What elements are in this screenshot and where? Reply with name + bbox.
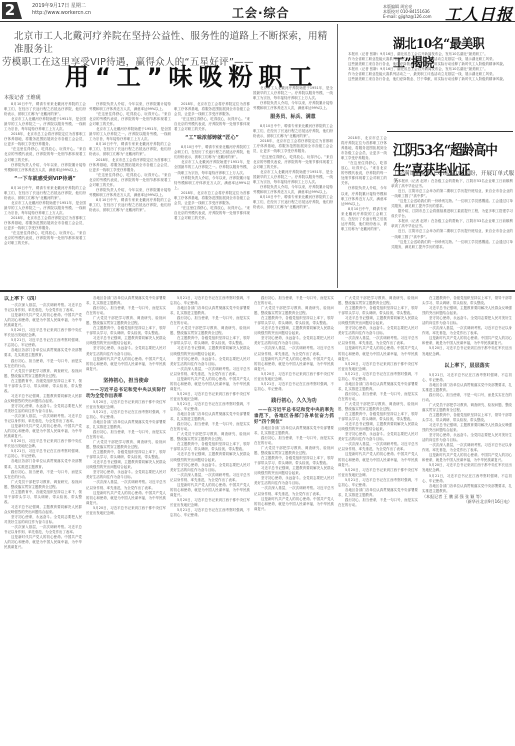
page-number: 2 bbox=[2, 2, 22, 19]
paper-logo: 工人日报 bbox=[445, 2, 513, 25]
paragraph: 疗养院负责人介绍，今年以来，疗养院累计接待劳模和职工疗休养近万人次，满意率达99… bbox=[89, 188, 171, 198]
paragraph: 习近平总书记强调，主题教育要同解决人民群众反映强烈的突出问题结合起来。 bbox=[86, 460, 166, 470]
paragraph: 5月20日，习近平总书记来到江西于都中央红军长征出发地纪念碑。 bbox=[86, 400, 166, 410]
paragraph: 近日，江阴市总工会举办的第二期职工学历提升班结业，来自全市各企业的一线职工圆了“… bbox=[391, 189, 513, 199]
paragraph: 各地区各部门各单位认真贯彻落实党中央部署要求，扎实推进主题教育。 bbox=[170, 306, 250, 316]
issue-date: 2019年9月17日 星期二 bbox=[32, 3, 91, 10]
paragraph: 习近平总书记强调，主题教育要同解决人民群众反映强烈的突出问题结合起来。 bbox=[4, 394, 82, 404]
paragraph: 8月10日中午，聘请专家来北戴河疗养院的工会职工们，在经历了长途行程之后抵达疗养… bbox=[89, 142, 171, 157]
paragraph: 习近平总书记强调，主题教育要同解决人民群众反映强烈的突出问题结合起来。 bbox=[254, 466, 334, 476]
paragraph: 8月10日中午，聘请专家来北戴河疗养院的工会职工们，在经历了长途行程之后抵达疗养… bbox=[341, 207, 387, 232]
paragraph: “在这里住得舒心，吃得放心，玩得开心。”来自北京的劳模代表说，疗养院的每一处细节… bbox=[174, 206, 250, 221]
paragraph: 北京市工人北戴河疗养院始建于1951年，是全国最早的工人疗养院之一。疗养院以服务… bbox=[4, 201, 86, 216]
subhead-dek: ——习近平总书记和党中央以实际行动为全党作出表率 bbox=[86, 388, 166, 400]
paragraph: “这是工会送给我们的一份珍贵礼物。”一位职工学员感慨道。工会通过订单式服务，满足… bbox=[391, 240, 513, 250]
lead-story-col-5: 2018年，北京市总工会将疗养院定位为首都职工疗休养基地，将服务范围拓展到全市各… bbox=[341, 136, 387, 288]
paragraph: “在这里住得舒心，吃得放心，玩得开心。”来自北京的劳模代表说，疗养院的每一处细节… bbox=[4, 147, 86, 162]
paragraph: 8月10日中午，聘请专家来北戴河疗养院的工会职工们，在经历了长途行程之后抵达疗养… bbox=[4, 102, 86, 117]
paragraph: 各地区各部门各单位认真贯彻落实党中央部署要求，扎实推进主题教育。 bbox=[4, 459, 82, 469]
story-divider bbox=[387, 131, 513, 132]
paragraph: 各地区各部门各单位认真贯彻落实党中央部署要求，扎实推进主题教育。 bbox=[86, 420, 166, 430]
paragraph: 广大党员干部把学习教育、调查研究、检视问题、整改落实贯穿主题教育全过程。 bbox=[4, 369, 82, 379]
paragraph: 这是新时代共产党人的初心使命。中国共产党人的初心和使命，就是为中国人民谋幸福，为… bbox=[4, 535, 82, 550]
paragraph: 践行初心、担当使命，不是一句口号，而是实实在在的行动。 bbox=[254, 296, 334, 306]
paragraph: 各地区各部门各单位认真贯彻落实党中央部署要求，扎实推进主题教育。 bbox=[4, 348, 82, 358]
paragraph: 这是新时代共产党人的初心使命。中国共产党人的初心和使命，就是为中国人民谋幸福，为… bbox=[338, 452, 418, 467]
editor-info: 本版编辑 周宏亮 本版校对 010-84151636 E-mail: gjigh… bbox=[383, 4, 432, 19]
lead-story-col-2: 疗养院负责人介绍，今年以来，疗养院累计接待劳模和职工疗休养近万人次，满意率达99… bbox=[89, 102, 171, 288]
paragraph: 5月21日，习近平总书记在江西考察时强调，不忘初心、牢记使命。 bbox=[338, 478, 418, 488]
paragraph: 近日，江阴市总工会举办的第二期职工学历提升班结业，来自全市各企业的一线职工圆了“… bbox=[391, 229, 513, 239]
paragraph: 坚守初心使命，永远奋斗。全党同志要把人民对美好生活的向往作为奋斗目标。 bbox=[86, 346, 166, 356]
paragraph: 在主题教育中，各级党组织坚持以上率下，领导干部带头学习、带头调研、带头检视、带头… bbox=[4, 490, 82, 505]
paragraph: 习近平总书记强调，主题教育要同解决人民群众反映强烈的突出问题结合起来。 bbox=[86, 336, 166, 346]
paragraph: 5月21日，习近平总书记在江西考察时强调，不忘初心、牢记使命。 bbox=[422, 373, 512, 383]
paragraph: 5月20日，习近平总书记来到江西于都中央红军长征出发地纪念碑。 bbox=[422, 346, 512, 356]
paragraph: 5月20日，习近平总书记来到江西于都中央红军长征出发地纪念碑。 bbox=[338, 362, 418, 372]
paragraph: 5月21日，习近平总书记在江西考察时强调，不忘初心、牢记使命。 bbox=[422, 474, 512, 484]
paragraph: 在主题教育中，各级党组织坚持以上率下，领导干部带头学习、带头调研、带头检视、带头… bbox=[170, 336, 250, 346]
subhead: 坚持初心，担当使命 bbox=[86, 378, 166, 385]
date-info: 2019年9月17日 星期二 http://www.workercn.cn bbox=[32, 3, 91, 17]
paragraph: 践行初心、担当使命，不是一句口号，而是实实在在的行动。 bbox=[338, 392, 418, 402]
paragraph: 疗养院负责人介绍，今年以来，疗养院累计接待劳模和职工疗休养近万人次，满意率达99… bbox=[253, 185, 333, 195]
column-divider bbox=[337, 24, 338, 288]
paragraph: 5月21日，习近平总书记在江西考察时强调，不忘初心、牢记使命。 bbox=[170, 402, 250, 412]
paragraph: 5月20日，习近平总书记来到江西于都中央红军长征出发地纪念碑。 bbox=[254, 372, 334, 382]
paragraph: 各地区各部门各单位认真贯彻落实党中央部署要求，扎实推进主题教育。 bbox=[338, 382, 418, 392]
paragraph: 践行初心、担当使命，不是一句口号，而是实实在在的行动。 bbox=[4, 470, 82, 480]
paragraph: 2018年，北京市总工会将疗养院定位为首都职工疗休养基地，将服务范围拓展到全市各… bbox=[4, 216, 86, 231]
editor-line: E-mail: gjighz@126.com bbox=[383, 14, 432, 19]
paragraph: 践行初心、担当使命，不是一句口号，而是实实在在的行动。 bbox=[254, 436, 334, 446]
lower-story-col-1: 以上率下（四） 一次次深入基层，一次次调研考察。习近平总书记以身作则、率先垂范，… bbox=[4, 296, 82, 744]
paragraph: 广大党员干部把学习教育、调查研究、检视问题、整改落实贯穿主题教育全过程。 bbox=[254, 446, 334, 456]
paragraph: 8月10日中午，聘请专家来北戴河疗养院的工会职工们，在经历了长途行程之后抵达疗养… bbox=[174, 145, 250, 160]
paragraph: 一次次深入基层，一次次调研考察。习近平总书记以身作则、率先垂范，为全党作出了表率… bbox=[254, 486, 334, 496]
paragraph: 践行初心、担当使命，不是一句口号，而是实实在在的行动。 bbox=[4, 359, 82, 369]
paragraph: 疗养院负责人介绍，今年以来，疗养院累计接待劳模和职工疗休养近万人次，满意率达99… bbox=[89, 102, 171, 112]
lower-intro: 以上率下（四） bbox=[4, 296, 82, 303]
side-story2-body: 本报讯（记者 赵昂）在各级工会的帮助下，江阴市53名企业职工日前顺利拿到了高中毕… bbox=[391, 179, 513, 289]
paragraph: 5月20日，习近平总书记来到江西于都中央红军长征出发地纪念碑。 bbox=[86, 506, 166, 516]
paragraph: 5月21日，习近平总书记在江西考察时强调，不忘初心、牢记使命。 bbox=[338, 372, 418, 382]
paragraph: 坚守初心使命，永远奋斗。全党同志要把人民对美好生活的向往作为奋斗目标。 bbox=[254, 336, 334, 346]
lower-story-col-3: 5月21日，习近平总书记在江西考察时强调，不忘初心、牢记使命。 各地区各部门各单… bbox=[170, 296, 250, 744]
paragraph: 一次次深入基层，一次次调研考察。习近平总书记以身作则、率先垂范，为全党作出了表率… bbox=[86, 480, 166, 490]
paragraph: 广大党员干部把学习教育、调查研究、检视问题、整改落实贯穿主题教育全过程。 bbox=[86, 440, 166, 450]
paragraph: 一次次深入基层，一次次调研考察。习近平总书记以身作则、率先垂范，为全党作出了表率… bbox=[338, 442, 418, 452]
paragraph: 在主题教育中，各级党组织坚持以上率下，领导干部带头学习、带头调研、带头检视、带头… bbox=[422, 296, 512, 306]
paragraph: 2018年，北京市总工会将疗养院定位为首都职工疗休养基地，将服务范围拓展到全市各… bbox=[174, 102, 250, 117]
subhead-dek: ——在习近平总书记和党中央的率先垂范下，各地区各部门各单位奋力抓好“四个到位” bbox=[254, 408, 334, 426]
paragraph: 一次次深入基层，一次次调研考察。习近平总书记以身作则、率先垂范，为全党作出了表率… bbox=[170, 473, 250, 483]
paragraph: 一次次深入基层，一次次调研考察。习近平总书记以身作则、率先垂范，为全党作出了表率… bbox=[4, 414, 82, 424]
lower-story-col-6: 在主题教育中，各级党组织坚持以上率下，领导干部带头学习、带头调研、带头检视、带头… bbox=[422, 296, 512, 744]
paragraph: 一次次深入基层，一次次调研考察。习近平总书记以身作则、率先垂范，为全党作出了表率… bbox=[254, 346, 334, 356]
paragraph: 5月20日，习近平总书记来到江西于都中央红军长征出发地纪念碑。 bbox=[4, 439, 82, 449]
section-title: 工会·综合 bbox=[232, 4, 290, 21]
paragraph: 习近平总书记强调，主题教育要同解决人民群众反映强烈的突出问题结合起来。 bbox=[254, 326, 334, 336]
subhead: 服务员、标兵、满意 bbox=[253, 114, 333, 121]
paragraph: 广大党员干部把学习教育、调查研究、检视问题、整改落实贯穿主题教育全过程。 bbox=[86, 316, 166, 326]
paragraph: 这是新时代共产党人的初心使命。中国共产党人的初心和使命，就是为中国人民谋幸福，为… bbox=[86, 357, 166, 372]
paragraph: 广大党员干部把学习教育、调查研究、检视问题、整改落实贯穿主题教育全过程。 bbox=[422, 403, 512, 413]
website-url: http://www.workercn.cn bbox=[32, 10, 91, 17]
paragraph: 在主题教育中，各级党组织坚持以上率下，领导干部带头学习、带头调研、带头检视、带头… bbox=[86, 450, 166, 460]
paragraph: 一次次深入基层，一次次调研考察。习近平总书记以身作则、率先垂范，为全党作出了表率… bbox=[338, 336, 418, 346]
paragraph: 坚守初心使命，永远奋斗。全党同志要把人民对美好生活的向往作为奋斗目标。 bbox=[4, 515, 82, 525]
paragraph: 广大党员干部把学习教育、调查研究、检视问题、整改落实贯穿主题教育全过程。 bbox=[170, 432, 250, 442]
paragraph: 疗养院负责人介绍，今年以来，疗养院累计接待劳模和职工疗休养近万人次，满意率达99… bbox=[253, 101, 333, 111]
paragraph: “在这里住得舒心，吃得放心，玩得开心。”来自北京的劳模代表说，疗养院的每一处细节… bbox=[253, 155, 333, 170]
paragraph: 这是新时代共产党人的初心使命。中国共产党人的初心和使命，就是为中国人民谋幸福，为… bbox=[254, 357, 334, 372]
paragraph: 各地区各部门各单位认真贯彻落实党中央部署要求，扎实推进主题教育。 bbox=[338, 488, 418, 498]
lower-story-col-2: 各地区各部门各单位认真贯彻落实党中央部署要求，扎实推进主题教育。 践行初心、担当… bbox=[86, 296, 166, 744]
paragraph: 在主题教育中，各级党组织坚持以上率下，领导干部带头学习、带头调研、带头检视、带头… bbox=[254, 316, 334, 326]
paragraph: 2018年，北京市总工会将疗养院定位为首都职工疗休养基地，将服务范围拓展到全市各… bbox=[341, 136, 387, 161]
kicker-line: 北京市工人北戴河疗养院在坚持公益性、服务性的道路上不断探索，用精准服务让 bbox=[14, 31, 328, 55]
lower-story-col-5: 广大党员干部把学习教育、调查研究、检视问题、整改落实贯穿主题教育全过程。 在主题… bbox=[338, 296, 418, 744]
paragraph: 这是新时代共产党人的初心使命。中国共产党人的初心和使命，就是为中国人民谋幸福，为… bbox=[422, 453, 512, 463]
paragraph: 这是新时代共产党人的初心使命。中国共产党人的初心和使命，就是为中国人民谋幸福，为… bbox=[254, 497, 334, 512]
paragraph: 习近平总书记强调，主题教育要同解决人民群众反映强烈的突出问题结合起来。 bbox=[422, 306, 512, 316]
paragraph: 坚守初心使命，永远奋斗。全党同志要把人民对美好生活的向往作为奋斗目标。 bbox=[338, 432, 418, 442]
paragraph: 5月21日，习近平总书记在江西考察时强调，不忘初心、牢记使命。 bbox=[254, 382, 334, 392]
paragraph: 5月20日，习近平总书记来到江西于都中央红军长征出发地纪念碑。 bbox=[338, 468, 418, 478]
paragraph: 习近平总书记强调，主题教育要同解决人民群众反映强烈的突出问题结合起来。 bbox=[338, 422, 418, 432]
paragraph: 在主题教育中，各级党组织坚持以上率下，领导干部带头学习、带头调研、带头检视、带头… bbox=[338, 412, 418, 422]
paragraph: 坚守初心使命，永远奋斗。全党同志要把人民对美好生活的向往作为奋斗目标。 bbox=[170, 357, 250, 367]
paragraph: 在主题教育中，各级党组织坚持以上率下，领导干部带头学习、带头调研、带头检视、带头… bbox=[86, 326, 166, 336]
paragraph: 一次次深入基层，一次次调研考察。习近平总书记以身作则、率先垂范，为全党作出了表率… bbox=[422, 326, 512, 336]
paragraph: 本报讯（记者 赵昂）在各级工会的帮助下，江阴市53名企业职工日前顺利拿到了高中毕… bbox=[391, 219, 513, 229]
paragraph: 5月20日，习近平总书记来到江西于都中央红军长征出发地纪念碑。 bbox=[170, 392, 250, 402]
paragraph: 北京市工人北戴河疗养院始建于1951年，是全国最早的工人疗养院之一。疗养院以服务… bbox=[253, 86, 333, 101]
subhead: “工”味浓郁铸就“匠心” bbox=[174, 135, 250, 142]
paragraph: 北京市工人北戴河疗养院始建于1951年，是全国最早的工人疗养院之一。疗养院以服务… bbox=[4, 117, 86, 132]
paragraph: 坚守初心使命，永远奋斗。全党同志要把人民对美好生活的向往作为奋斗目标。 bbox=[86, 470, 166, 480]
paragraph: 习近平总书记强调，主题教育要同解决人民群众反映强烈的突出问题结合起来。 bbox=[170, 452, 250, 462]
paragraph: 这是新时代共产党人的初心使命。中国共产党人的初心和使命，就是为中国人民谋幸福，为… bbox=[170, 377, 250, 392]
lead-story-col-4: 北京市工人北戴河疗养院始建于1951年，是全国最早的工人疗养院之一。疗养院以服务… bbox=[253, 86, 333, 288]
paragraph: 各地区各部门各单位认真贯彻落实党中央部署要求，扎实推进主题教育。 bbox=[422, 383, 512, 393]
paragraph: 各地区各部门各单位认真贯彻落实党中央部署要求，扎实推进主题教育。 bbox=[86, 296, 166, 306]
paragraph: 8月10日中午，聘请专家来北戴河疗养院的工会职工们，在经历了长途行程之后抵达疗养… bbox=[4, 186, 86, 201]
paragraph: 疗养院负责人介绍，今年以来，疗养院累计接待劳模和职工疗休养近万人次，满意率达99… bbox=[341, 186, 387, 206]
paragraph: 践行初心、担当使命，不是一句口号，而是实实在在的行动。 bbox=[86, 430, 166, 440]
paragraph: 这是新时代共产党人的初心使命。中国共产党人的初心和使命，就是为中国人民谋幸福，为… bbox=[170, 483, 250, 498]
paragraph: 广大党员干部把学习教育、调查研究、检视问题、整改落实贯穿主题教育全过程。 bbox=[4, 480, 82, 490]
masthead: 2 2019年9月17日 星期二 http://www.workercn.cn … bbox=[0, 0, 515, 22]
paragraph: 在主题教育中，各级党组织坚持以上率下，领导干部带头学习、带头调研、带头检视、带头… bbox=[4, 379, 82, 394]
section-divider bbox=[0, 290, 515, 292]
paragraph: 疗养院负责人介绍，今年以来，疗养院累计接待劳模和职工疗休养近万人次，满意率达99… bbox=[4, 163, 86, 173]
paragraph: 北京市工人北戴河疗养院始建于1951年，是全国最早的工人疗养院之一。疗养院以服务… bbox=[89, 127, 171, 142]
subhead: “一下车就感受到VIP待遇” bbox=[4, 176, 86, 183]
paragraph: “在这里住得舒心，吃得放心，玩得开心。”来自北京的劳模代表说，疗养院的每一处细节… bbox=[89, 173, 171, 188]
paragraph: 8月10日中午，聘请专家来北戴河疗养院的工会职工们，在经历了长途行程之后抵达疗养… bbox=[253, 195, 333, 210]
paragraph: 北京市工人北戴河疗养院始建于1951年，是全国最早的工人疗养院之一。疗养院以服务… bbox=[253, 170, 333, 185]
paragraph: “在这里住得舒心，吃得放心，玩得开心。”来自北京的劳模代表说，疗养院的每一处细节… bbox=[89, 112, 171, 127]
paragraph: 据介绍，江阴市总工会将继续推进职工素质提升工程，为更多职工搭建学习成长平台。 bbox=[391, 209, 513, 219]
paragraph: 在主题教育中，各级党组织坚持以上率下，领导干部带头学习、带头调研、带头检视、带头… bbox=[338, 306, 418, 316]
paragraph: “在这里住得舒心，吃得放心，玩得开心。”来自北京的劳模代表说，疗养院的每一处细节… bbox=[174, 117, 250, 132]
paragraph: 坚守初心使命，永远奋斗。全党同志要把人民对美好生活的向往作为奋斗目标。 bbox=[170, 463, 250, 473]
paragraph: 2018年，北京市总工会将疗养院定位为首都职工疗休养基地，将服务范围拓展到全市各… bbox=[174, 191, 250, 206]
paragraph: 5月21日，习近平总书记在江西考察时强调，不忘初心、牢记使命。 bbox=[4, 338, 82, 348]
paragraph: 5月21日，习近平总书记在江西考察时强调，不忘初心、牢记使命。 bbox=[170, 296, 250, 306]
paragraph: 践行初心、担当使命，不是一句口号，而是实实在在的行动。 bbox=[170, 422, 250, 432]
paragraph: 这是新时代共产党人的初心使命。中国共产党人的初心和使命，就是为中国人民谋幸福，为… bbox=[338, 346, 418, 361]
paragraph: 5月20日，习近平总书记来到江西于都中央红军长征出发地纪念碑。 bbox=[422, 463, 512, 473]
paragraph: 这是新时代共产党人的初心使命。中国共产党人的初心和使命，就是为中国人民谋幸福，为… bbox=[422, 336, 512, 346]
paragraph: 一次次深入基层，一次次调研考察。习近平总书记以身作则、率先垂范，为全党作出了表率… bbox=[4, 303, 82, 313]
paragraph: 一次次深入基层，一次次调研考察。习近平总书记以身作则、率先垂范，为全党作出了表率… bbox=[170, 367, 250, 377]
paragraph: 这是新时代共产党人的初心使命。中国共产党人的初心和使命，就是为中国人民谋幸福，为… bbox=[4, 424, 82, 439]
paragraph: 习近平总书记强调，主题教育要同解决人民群众反映强烈的突出问题结合起来。 bbox=[338, 316, 418, 326]
paragraph: 5月20日，习近平总书记来到江西于都中央红军长征出发地纪念碑。 bbox=[4, 328, 82, 338]
paragraph: “在这里住得舒心，吃得放心，玩得开心。”来自北京的劳模代表说，疗养院的每一处细节… bbox=[4, 231, 86, 246]
paragraph: 习近平总书记强调，主题教育要同解决人民群众反映强烈的突出问题结合起来。 bbox=[4, 505, 82, 515]
paragraph: 广大党员干部把学习教育、调查研究、检视问题、整改落实贯穿主题教育全过程。 bbox=[338, 296, 418, 306]
paragraph: 习近平总书记强调，主题教育要同解决人民群众反映强烈的突出问题结合起来。 bbox=[422, 423, 512, 433]
paragraph: 坚守初心使命，永远奋斗。全党同志要把人民对美好生活的向往作为奋斗目标。 bbox=[422, 316, 512, 326]
paragraph: 践行初心、担当使命，不是一句口号，而是实实在在的行动。 bbox=[338, 498, 418, 508]
paragraph: 各地区各部门各单位认真贯彻落实党中央部署要求，扎实推进主题教育。 bbox=[254, 426, 334, 436]
paragraph: 在主题教育中，各级党组织坚持以上率下，领导干部带头学习、带头调研、带头检视、带头… bbox=[422, 413, 512, 423]
paragraph: 2018年，北京市总工会将疗养院定位为首都职工疗休养基地，将服务范围拓展到全市各… bbox=[4, 132, 86, 147]
paragraph: 在主题教育中，各级党组织坚持以上率下，领导干部带头学习、带头调研、带头检视、带头… bbox=[170, 442, 250, 452]
paragraph: 习近平总书记强调，主题教育要同解决人民群众反映强烈的突出问题结合起来。 bbox=[170, 346, 250, 356]
paragraph: 8月10日中午，聘请专家来北戴河疗养院的工会职工们，在经历了长途行程之后抵达疗养… bbox=[253, 124, 333, 139]
paragraph: 一次次深入基层，一次次调研考察。习近平总书记以身作则、率先垂范，为全党作出了表率… bbox=[4, 525, 82, 535]
lead-story-col-3: 2018年，北京市总工会将疗养院定位为首都职工疗休养基地，将服务范围拓展到全市各… bbox=[174, 102, 250, 288]
lower-story-col-4: 践行初心、担当使命，不是一句口号，而是实实在在的行动。 广大党员干部把学习教育、… bbox=[254, 296, 334, 744]
paragraph: 2018年，北京市总工会将疗养院定位为首都职工疗休养基地，将服务范围拓展到全市各… bbox=[253, 139, 333, 154]
paragraph: 广大党员干部把学习教育、调查研究、检视问题、整改落实贯穿主题教育全过程。 bbox=[170, 326, 250, 336]
paragraph: 坚守初心使命，永远奋斗。全党同志要把人民对美好生活的向往作为奋斗目标。 bbox=[254, 476, 334, 486]
paragraph: 本报讯（记者 赵昂）在各级工会的帮助下，江阴市53名企业职工日前顺利拿到了高中毕… bbox=[391, 179, 513, 189]
paragraph: 在主题教育中，各级党组织坚持以上率下，领导干部带头学习、带头调研、带头检视、带头… bbox=[254, 456, 334, 466]
paragraph: 2018年，北京市总工会将疗养院定位为首都职工疗休养基地，将服务范围拓展到全市各… bbox=[89, 158, 171, 173]
paragraph: 这是新时代共产党人的初心使命。中国共产党人的初心和使命，就是为中国人民谋幸福，为… bbox=[4, 313, 82, 328]
paragraph: “这是工会送给我们的一份珍贵礼物。”一位职工学员感慨道。工会通过订单式服务，满足… bbox=[391, 199, 513, 209]
subhead: 以上率下，层层落实 bbox=[422, 363, 512, 370]
paragraph: 一次次深入基层，一次次调研考察。习近平总书记以身作则、率先垂范，为全党作出了表率… bbox=[422, 443, 512, 453]
paragraph: 这是新时代共产党人的初心使命。中国共产党人的初心和使命，就是为中国人民谋幸福，为… bbox=[86, 491, 166, 506]
paragraph: 5月21日，习近平总书记在江西考察时强调，不忘初心、牢记使命。 bbox=[170, 508, 250, 518]
paragraph: 各地区各部门各单位认真贯彻落实党中央部署要求，扎实推进主题教育。 bbox=[170, 412, 250, 422]
paragraph: 广大党员干部把学习教育、调查研究、检视问题、整改落实贯穿主题教育全过程。 bbox=[254, 306, 334, 316]
paragraph: 北京市工人北戴河疗养院始建于1951年，是全国最早的工人疗养院之一。疗养院以服务… bbox=[174, 160, 250, 175]
paragraph: 坚守初心使命，永远奋斗。全党同志要把人民对美好生活的向往作为奋斗目标。 bbox=[338, 326, 418, 336]
paragraph: “在这里住得舒心，吃得放心，玩得开心。”来自北京的劳模代表说，疗养院的每一处细节… bbox=[341, 161, 387, 186]
paragraph: 5月21日，习近平总书记在江西考察时强调，不忘初心、牢记使命。 bbox=[4, 449, 82, 459]
subhead: 践行初心，久久为功 bbox=[254, 398, 334, 405]
byline: 本报记者 王维砚 bbox=[4, 94, 41, 101]
news-source: （新华社北京9月16日电） bbox=[422, 499, 512, 504]
paragraph: 践行初心、担当使命，不是一句口号，而是实实在在的行动。 bbox=[170, 316, 250, 326]
paragraph: 8月10日中午，聘请专家来北戴河疗养院的工会职工们，在经历了长途行程之后抵达疗养… bbox=[89, 198, 171, 213]
paragraph: 践行初心、担当使命，不是一句口号，而是实实在在的行动。 bbox=[86, 306, 166, 316]
lead-story-col-1: 8月10日中午，聘请专家来北戴河疗养院的工会职工们，在经历了长途行程之后抵达疗养… bbox=[4, 102, 86, 288]
paragraph: 疗养院负责人介绍，今年以来，疗养院累计接待劳模和职工疗休养近万人次，满意率达99… bbox=[174, 176, 250, 191]
paragraph: 坚守初心使命，永远奋斗。全党同志要把人民对美好生活的向往作为奋斗目标。 bbox=[4, 404, 82, 414]
paragraph: 坚守初心使命，永远奋斗。全党同志要把人民对美好生活的向往作为奋斗目标。 bbox=[422, 433, 512, 443]
paragraph: 5月21日，习近平总书记在江西考察时强调，不忘初心、牢记使命。 bbox=[86, 410, 166, 420]
paragraph: 这些最美职工来自各行各业，他们爱岗敬业、甘于奉献，用实际行动诠释了新时代工人阶级… bbox=[341, 77, 513, 82]
paragraph: 5月20日，习近平总书记来到江西于都中央红军长征出发地纪念碑。 bbox=[170, 498, 250, 508]
side-story1-body: 本报讯（记者 张翀）9月16日，湖北省总工会召开新闻发布会，发布10名湖北“最美… bbox=[341, 52, 513, 128]
paragraph: 广大党员干部把学习教育、调查研究、检视问题、整改落实贯穿主题教育全过程。 bbox=[338, 402, 418, 412]
paragraph: 各地区各部门各单位认真贯彻落实党中央部署要求，扎实推进主题教育。 bbox=[422, 484, 512, 494]
paragraph: 践行初心、担当使命，不是一句口号，而是实实在在的行动。 bbox=[422, 393, 512, 403]
